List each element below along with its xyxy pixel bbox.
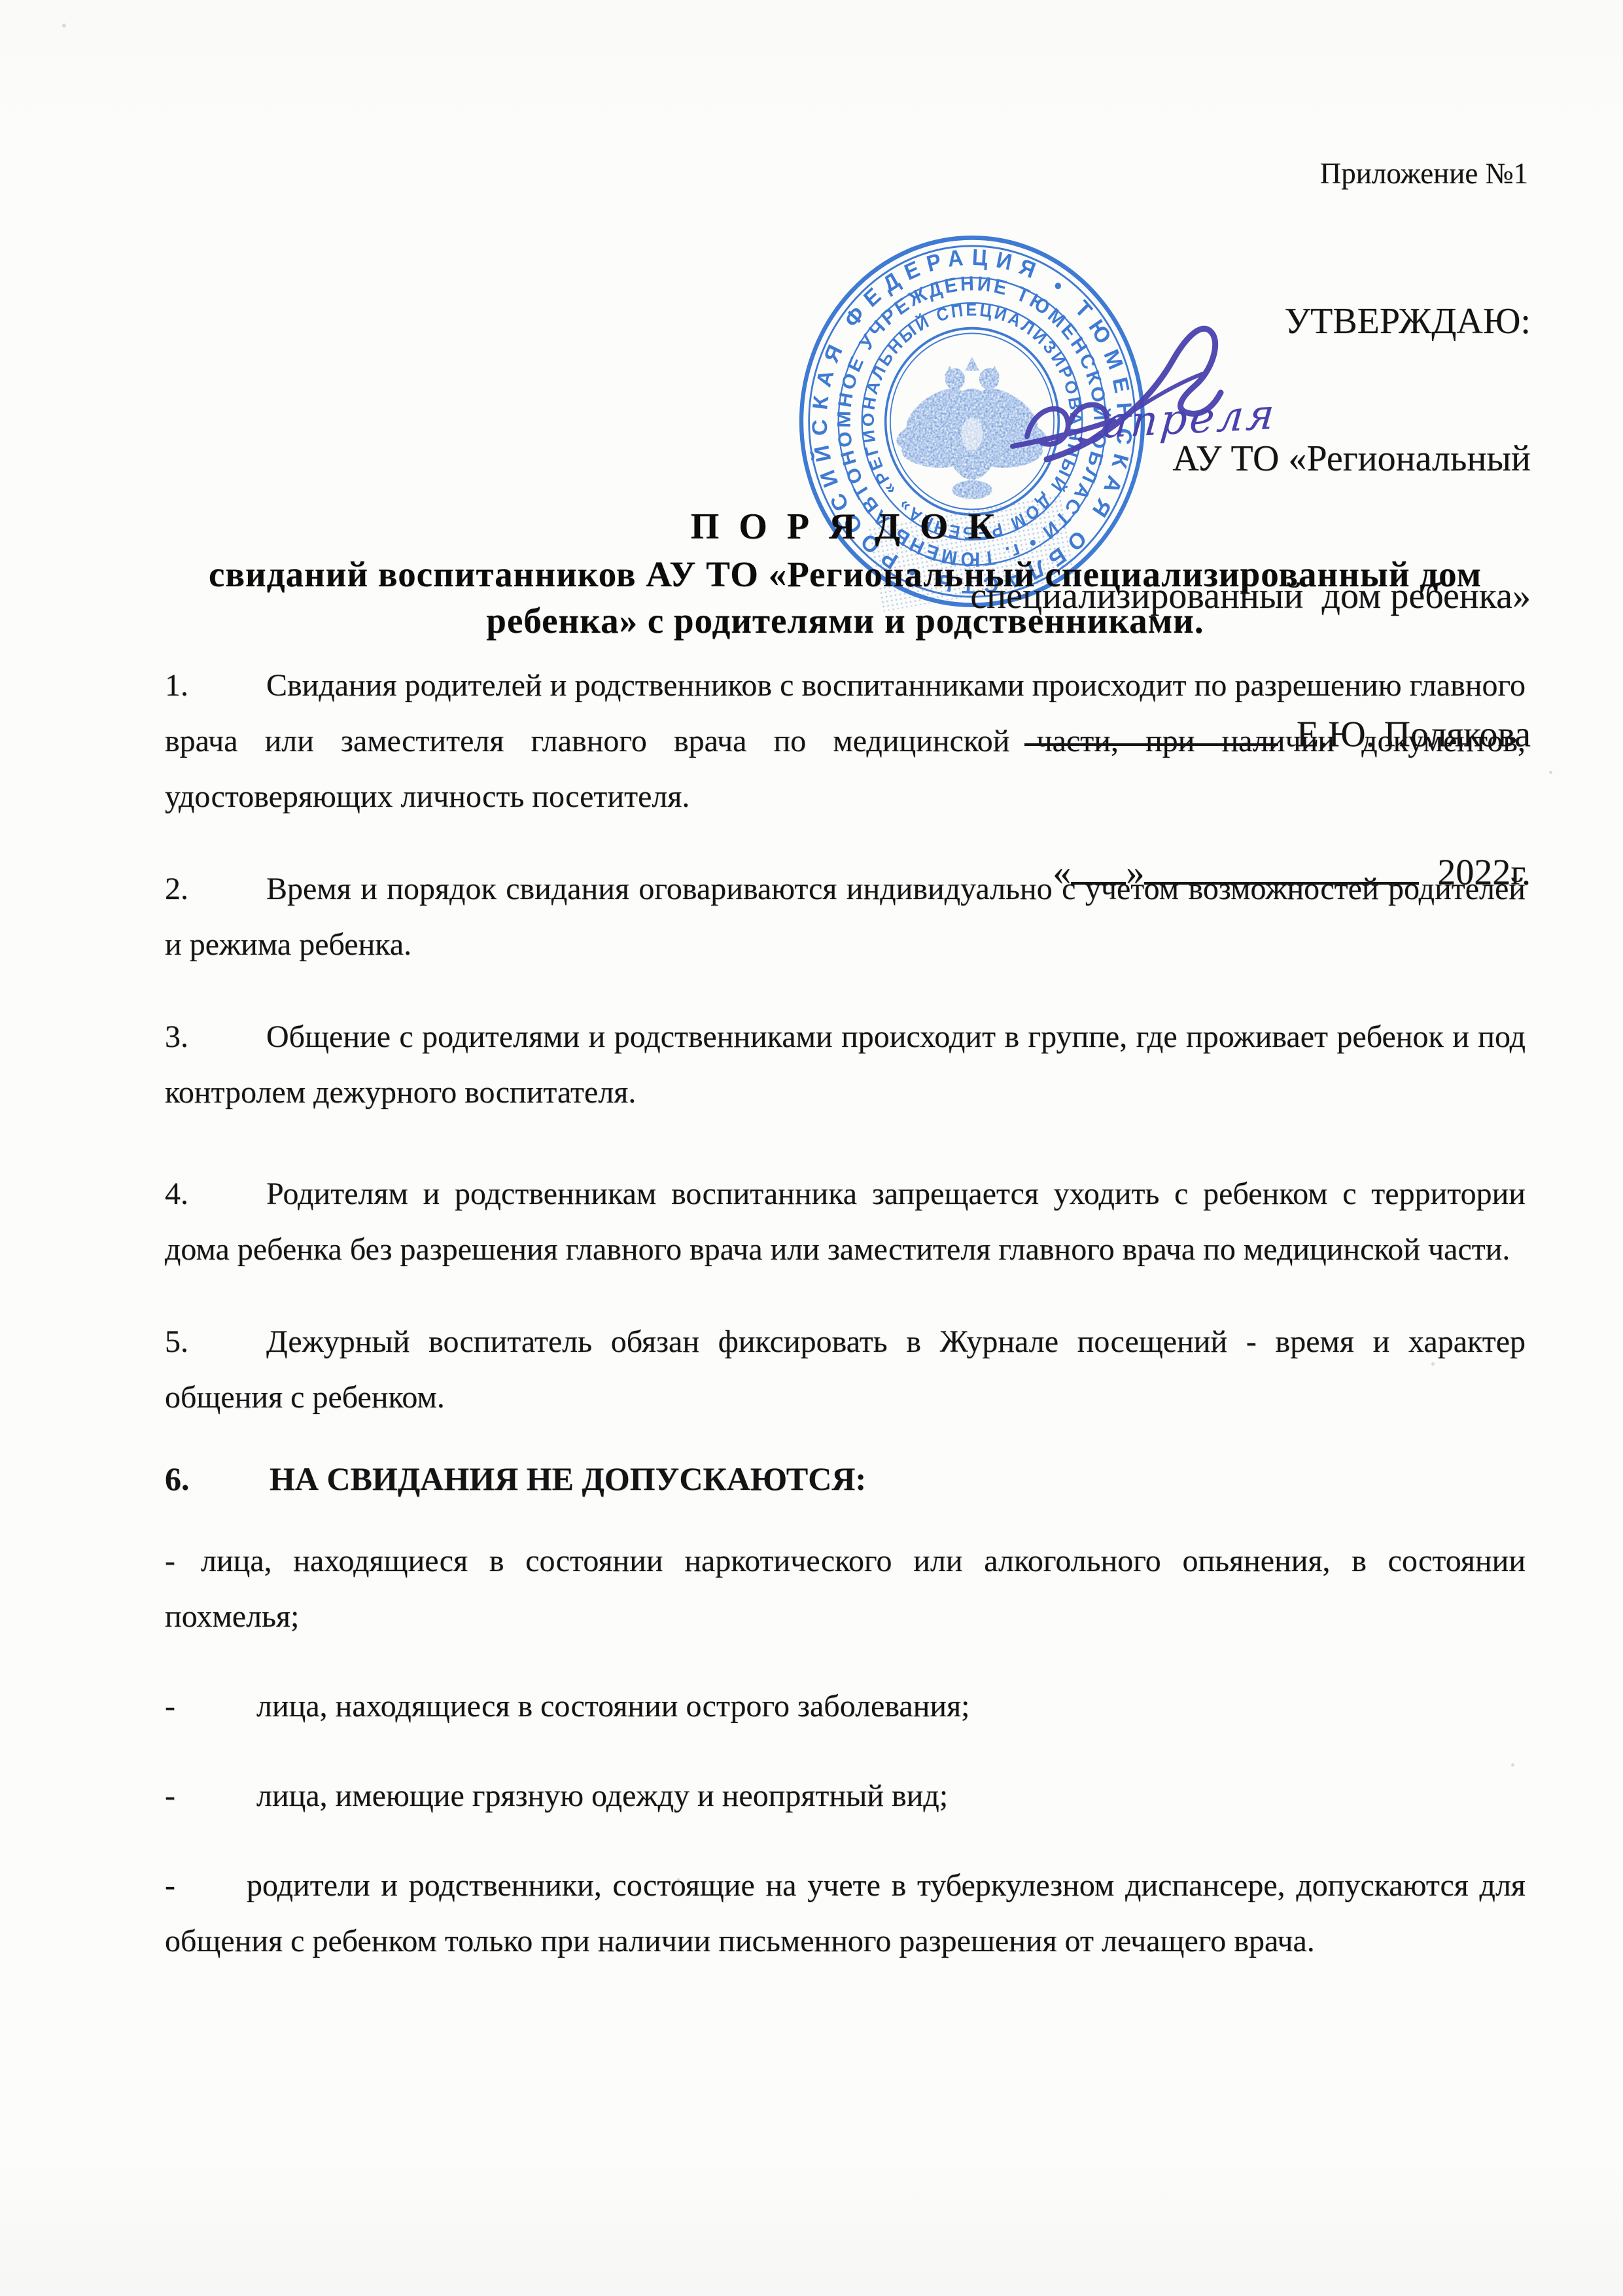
paragraph-number: 4. (165, 1166, 266, 1222)
bullet-dash: - (165, 1533, 201, 1589)
paragraph-number: 2. (165, 861, 266, 917)
handwriting-overlay: апреля (949, 281, 1406, 491)
scan-speck (1431, 1362, 1435, 1366)
scan-speck (1511, 1763, 1514, 1767)
title-line-3: ребенка» с родителями и родственниками. (165, 597, 1526, 644)
paragraph-3: 3.Общение с родителями и родственниками … (165, 1009, 1526, 1120)
bullet-text: лица, находящиеся в состоянии острого за… (256, 1689, 969, 1723)
paragraph-number: 3. (165, 1009, 266, 1065)
section-heading-text: НА СВИДАНИЯ НЕ ДОПУСКАЮТСЯ: (270, 1460, 866, 1497)
handwritten-month: апреля (1101, 390, 1278, 448)
paragraph-number: 1. (165, 658, 266, 713)
paragraph-text: Родителям и родственникам воспитанника з… (165, 1176, 1526, 1267)
paragraph-5: 5.Дежурный воспитатель обязан фиксироват… (165, 1314, 1526, 1425)
section-number: 6. (165, 1451, 270, 1507)
paragraph-4: 4.Родителям и родственникам воспитанника… (165, 1166, 1526, 1277)
scanned-document-page: Приложение №1 РОССИЙСКАЯ ФЕДЕРАЦИЯ • (0, 0, 1623, 2296)
title-line-2: свиданий воспитанников АУ ТО «Региональн… (165, 551, 1526, 597)
bullet-item-1: -лица, находящиеся в состоянии наркотиче… (165, 1533, 1526, 1644)
scan-speck (1549, 771, 1552, 774)
bullet-item-4: -родители и родственники, состоящие на у… (165, 1858, 1526, 1969)
title-word: П О Р Я Д О К (165, 503, 1526, 551)
annex-label: Приложение №1 (1320, 156, 1528, 191)
paragraph-1: 1.Свидания родителей и родственников с в… (165, 658, 1526, 824)
bullet-item-3: -лица, имеющие грязную одежду и неопрятн… (165, 1768, 1526, 1824)
document-title: П О Р Я Д О К свиданий воспитанников АУ … (165, 503, 1526, 644)
paragraph-2: 2.Время и порядок свидания оговариваются… (165, 861, 1526, 972)
paragraph-text: Время и порядок свидания оговариваются и… (165, 872, 1526, 962)
section-6-heading: 6.НА СВИДАНИЯ НЕ ДОПУСКАЮТСЯ: (165, 1451, 1526, 1507)
bullet-dash: - (165, 1678, 256, 1734)
paragraph-text: Свидания родителей и родственников с вос… (165, 668, 1526, 814)
scan-speck (62, 24, 66, 27)
paragraph-number: 5. (165, 1314, 266, 1369)
bullet-dash: - (165, 1768, 256, 1824)
paragraph-text: Дежурный воспитатель обязан фиксировать … (165, 1324, 1526, 1415)
bullet-text: лица, находящиеся в состоянии наркотичес… (165, 1544, 1526, 1634)
bullet-text: лица, имеющие грязную одежду и неопрятны… (256, 1778, 948, 1813)
paragraph-text: Общение с родителями и родственниками пр… (165, 1019, 1526, 1110)
document-body: 1.Свидания родителей и родственников с в… (165, 658, 1526, 2003)
scan-speck (677, 1878, 680, 1881)
bullet-item-2: -лица, находящиеся в состоянии острого з… (165, 1678, 1526, 1734)
handwritten-day (1013, 405, 1113, 446)
bullet-dash: - (165, 1858, 247, 1913)
bullet-text: родители и родственники, состоящие на уч… (165, 1868, 1526, 1958)
